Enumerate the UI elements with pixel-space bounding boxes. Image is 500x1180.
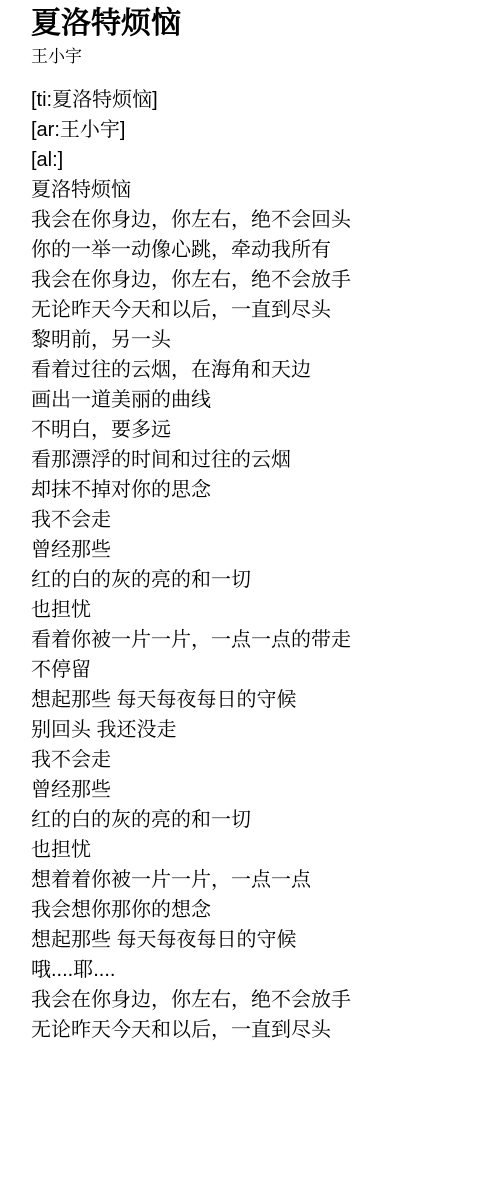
lyric-line: 我会在你身边，你左右，绝不会回头 [31,205,480,235]
lyric-line: 我会在你身边，你左右，绝不会放手 [31,265,480,295]
song-title: 夏洛特烦恼 [31,5,480,42]
lyric-line: 想着着你被一片一片，一点一点 [31,865,480,895]
lyric-line: 想起那些 每天每夜每日的守候 [31,925,480,955]
lyric-line: 哦....耶.... [31,955,480,985]
lyric-line: 却抹不掉对你的思念 [31,475,480,505]
lyric-line: 看着过往的云烟，在海角和天边 [31,355,480,385]
lyric-line: 曾经那些 [31,775,480,805]
lyric-line: 无论昨天今天和以后，一直到尽头 [31,1015,480,1045]
lyric-line: [ti:夏洛特烦恼] [31,85,480,115]
lyric-line: 想起那些 每天每夜每日的守候 [31,685,480,715]
lyric-line: 我会想你那你的想念 [31,895,480,925]
lyric-line: 你的一举一动像心跳，牵动我所有 [31,235,480,265]
lyric-line: 不明白，要多远 [31,415,480,445]
artist-name: 王小宇 [31,46,480,68]
lyric-line: 也担忧 [31,595,480,625]
lyric-line: 别回头 我还没走 [31,715,480,745]
lyric-line: 黎明前，另一头 [31,325,480,355]
lyric-line: 我不会走 [31,505,480,535]
lyric-line: 看那漂浮的时间和过往的云烟 [31,445,480,475]
lyric-line: 曾经那些 [31,535,480,565]
lyric-line: 红的白的灰的亮的和一切 [31,805,480,835]
lyric-line: 夏洛特烦恼 [31,175,480,205]
lyric-line: 看着你被一片一片，一点一点的带走 [31,625,480,655]
lyric-line: [al:] [31,145,480,175]
lyric-line: 不停留 [31,655,480,685]
lyric-line: 无论昨天今天和以后，一直到尽头 [31,295,480,325]
lyric-line: 红的白的灰的亮的和一切 [31,565,480,595]
lyric-line: 画出一道美丽的曲线 [31,385,480,415]
lyric-line: [ar:王小宇] [31,115,480,145]
lyric-line: 我不会走 [31,745,480,775]
lyrics-block: [ti:夏洛特烦恼][ar:王小宇][al:]夏洛特烦恼我会在你身边，你左右，绝… [31,85,480,1045]
lyric-line: 也担忧 [31,835,480,865]
lyrics-page: 夏洛特烦恼 王小宇 [ti:夏洛特烦恼][ar:王小宇][al:]夏洛特烦恼我会… [0,0,500,1180]
lyric-line: 我会在你身边，你左右，绝不会放手 [31,985,480,1015]
